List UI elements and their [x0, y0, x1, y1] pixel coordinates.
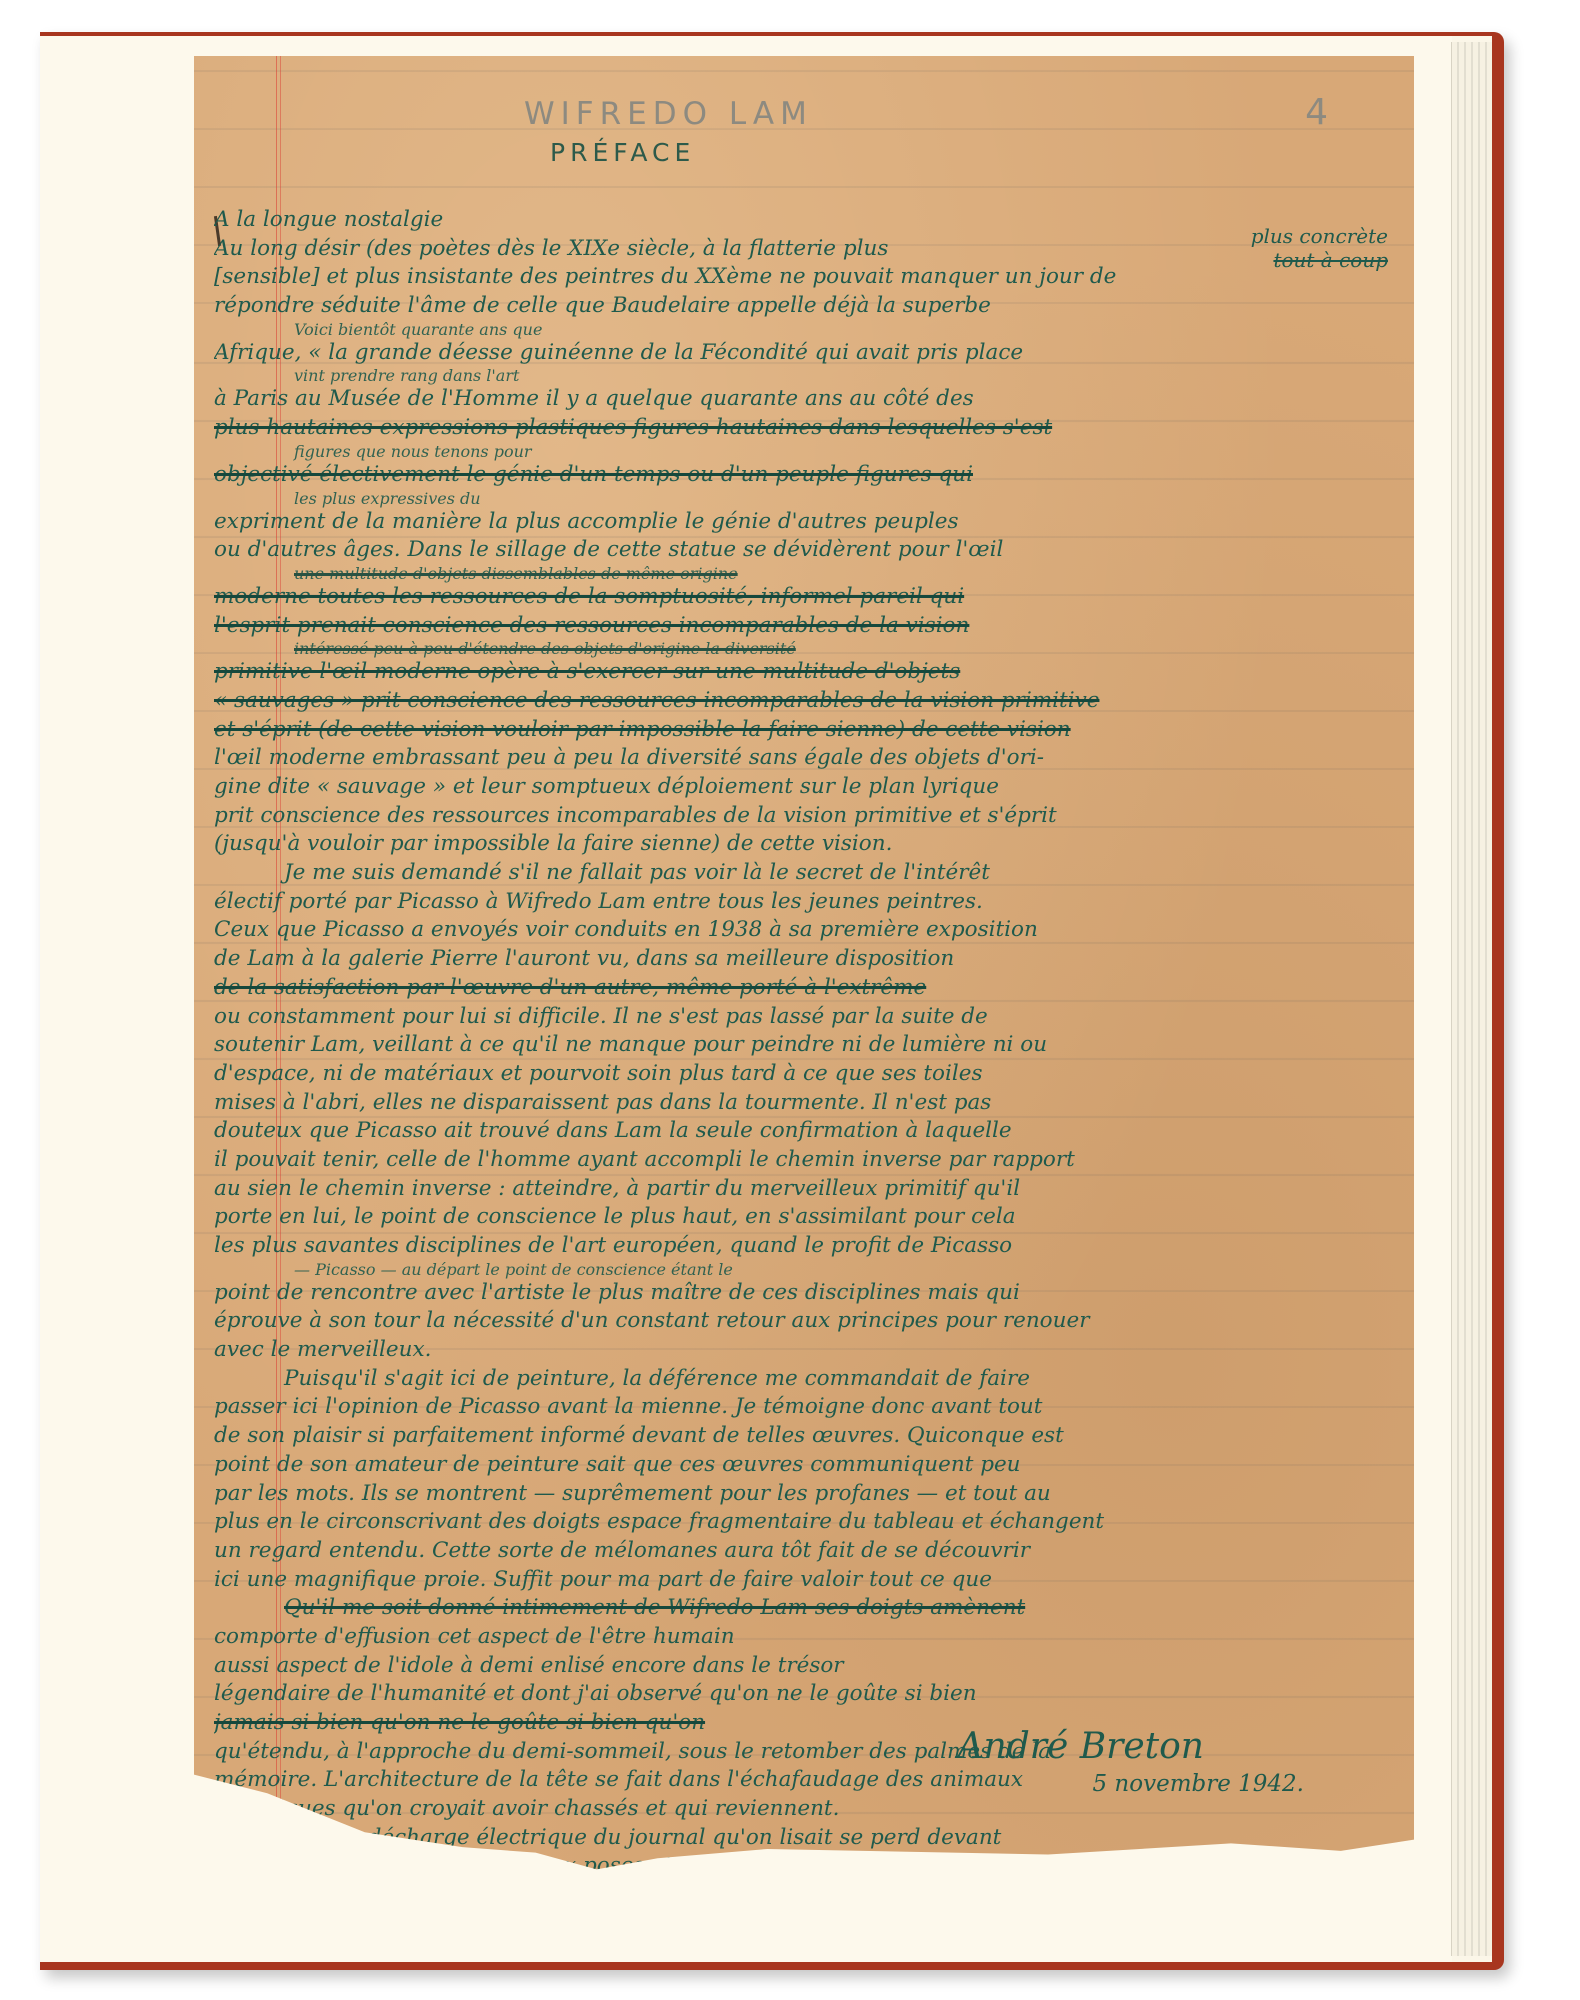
line-text: vint prendre rang dans l'art	[294, 367, 519, 385]
manuscript-line: point de son amateur de peinture sait qu…	[214, 1451, 1400, 1480]
line-text: mémoire. L'architecture de la tête se fa…	[214, 1767, 1023, 1792]
line-text: éprouve à son tour la nécessité d'un con…	[214, 1308, 1089, 1333]
manuscript-line: aussi aspect de l'idole à demi enlisé en…	[214, 1652, 1400, 1681]
manuscript-line: de Lam à la galerie Pierre l'auront vu, …	[214, 945, 1400, 974]
manuscript-title: PRÉFACE	[550, 138, 695, 167]
line-text: Puisqu'il s'agit ici de peinture, la déf…	[284, 1366, 1030, 1391]
line-text: Afrique, « la grande déesse guinéenne de…	[214, 340, 1023, 365]
manuscript-line: passer ici l'opinion de Picasso avant la…	[214, 1393, 1400, 1422]
manuscript-line: avec le merveilleux.	[214, 1336, 1400, 1365]
line-text: de son plaisir si parfaitement informé d…	[214, 1423, 1064, 1448]
line-text: légendaire de l'humanité et dont j'ai ob…	[214, 1681, 977, 1706]
line-text: comporte d'effusion cet aspect de l'être…	[214, 1624, 735, 1649]
manuscript-line: gine dite « sauvage » et leur somptueux …	[214, 773, 1400, 802]
line-text: plus hautaines expressions plastiques fi…	[214, 415, 1052, 440]
line-text: primitive l'œil moderne opère à s'exerce…	[214, 659, 960, 684]
pencil-heading: WIFREDO LAM	[524, 96, 813, 132]
struck-line: et s'éprit (de cette vision vouloir par …	[214, 716, 1400, 745]
struck-line: l'esprit prenait conscience des ressourc…	[214, 612, 1400, 641]
line-text: moderne toutes les ressources de la somp…	[214, 584, 964, 609]
manuscript-line: les plus savantes disciplines de l'art e…	[214, 1232, 1400, 1261]
line-text: les plus savantes disciplines de l'art e…	[214, 1233, 1012, 1258]
line-text: passer ici l'opinion de Picasso avant la…	[214, 1394, 1042, 1419]
line-text: de la satisfaction par l'œuvre d'un autr…	[214, 975, 926, 1000]
interlinear-insertion: les plus expressives du	[214, 490, 1400, 508]
manuscript-line: d'espace, ni de matériaux et pourvoit so…	[214, 1060, 1400, 1089]
line-text: — Picasso — au départ le point de consci…	[294, 1261, 733, 1279]
line-text: soutenir Lam, veillant à ce qu'il ne man…	[214, 1032, 1047, 1057]
line-text: par les mots. Ils se montrent — suprêmem…	[214, 1481, 1051, 1506]
manuscript-line: prit conscience des ressources incompara…	[214, 802, 1400, 831]
interlinear-insertion: vint prendre rang dans l'art	[214, 367, 1400, 385]
line-text: figures que nous tenons pour	[294, 443, 532, 461]
line-text: (jusqu'à vouloir par impossible la faire…	[214, 831, 892, 856]
manuscript-line: totémiques qu'on croyait avoir chassés e…	[214, 1795, 1400, 1824]
line-text: électif porté par Picasso à Wifredo Lam …	[214, 889, 983, 914]
line-text: « sauvages » prit conscience des ressour…	[214, 688, 1099, 713]
line-text: de Lam à la galerie Pierre l'auront vu, …	[214, 946, 954, 971]
line-text: avec le merveilleux.	[214, 1337, 431, 1362]
struck-line: Qu'il me soit donné intimement de Wifred…	[214, 1594, 1400, 1623]
signature-date: 5 novembre 1942.	[958, 1771, 1304, 1797]
manuscript-line: répondre séduite l'âme de celle que Baud…	[214, 292, 1400, 321]
line-text: Je me suis demandé s'il ne fallait pas v…	[284, 860, 990, 885]
line-text: un regard entendu. Cette sorte de méloma…	[214, 1538, 1030, 1563]
struck-line: plus hautaines expressions plastiques fi…	[214, 414, 1400, 443]
line-text: [sensible] et plus insistante des peintr…	[214, 264, 1116, 289]
line-text: Qu'il me soit donné intimement de Wifred…	[284, 1595, 1025, 1620]
line-text: prit conscience des ressources incompara…	[214, 803, 1057, 828]
line-text: intéressé peu à peu d'étendre des objets…	[294, 640, 796, 658]
signature: André Breton	[958, 1726, 1304, 1767]
line-text: plus en le circonscrivant des doigts esp…	[214, 1509, 1104, 1534]
manuscript-line: expriment de la manière la plus accompli…	[214, 508, 1400, 537]
line-text: objectivé électivement le génie d'un tem…	[214, 462, 973, 487]
manuscript-line: il pouvait tenir, celle de l'homme ayant…	[214, 1146, 1400, 1175]
page-edges	[1451, 42, 1492, 1956]
line-text: les plus expressives du	[294, 490, 481, 508]
line-text: aussi aspect de l'idole à demi enlisé en…	[214, 1653, 844, 1678]
manuscript-line: éprouve à son tour la nécessité d'un con…	[214, 1307, 1400, 1336]
manuscript-line: ou constamment pour lui si difficile. Il…	[214, 1003, 1400, 1032]
manuscript-line: légendaire de l'humanité et dont j'ai ob…	[214, 1680, 1400, 1709]
line-text: l'esprit prenait conscience des ressourc…	[214, 613, 969, 638]
line-text: A la longue nostalgie	[214, 207, 443, 232]
manuscript-line: l'œil moderne embrassant peu à peu la di…	[214, 744, 1400, 773]
manuscript-body: A la longue nostalgieAu long désir (des …	[214, 206, 1400, 1939]
interlinear-insertion: Voici bientôt quarante ans que	[214, 321, 1400, 339]
struck-line: de la satisfaction par l'œuvre d'un autr…	[214, 974, 1400, 1003]
line-text: une multitude d'objets dissemblables de …	[294, 565, 738, 583]
interlinear-insertion: figures que nous tenons pour	[214, 443, 1400, 461]
struck-line: primitive l'œil moderne opère à s'exerce…	[214, 658, 1400, 687]
manuscript-line: ou d'autres âges. Dans le sillage de cet…	[214, 536, 1400, 565]
line-text: Au long désir (des poètes dès le XIXe si…	[214, 236, 888, 261]
line-text: qu'étendu, à l'approche du demi-sommeil,…	[214, 1739, 1051, 1764]
manuscript-line: Afrique, « la grande déesse guinéenne de…	[214, 339, 1400, 368]
manuscript-line: A la longue nostalgie	[214, 206, 1400, 235]
manuscript-line: porte en lui, le point de conscience le …	[214, 1203, 1400, 1232]
line-text: ou constamment pour lui si difficile. Il…	[214, 1004, 988, 1029]
struck-line: objectivé électivement le génie d'un tem…	[214, 461, 1400, 490]
struck-line: « sauvages » prit conscience des ressour…	[214, 687, 1400, 716]
line-text: il pouvait tenir, celle de l'homme ayant…	[214, 1147, 1075, 1172]
line-text: porte en lui, le point de conscience le …	[214, 1204, 1016, 1229]
manuscript-line: par les mots. Ils se montrent — suprêmem…	[214, 1480, 1400, 1509]
line-text: mises à l'abri, elles ne disparaissent p…	[214, 1090, 991, 1115]
manuscript-line: comporte d'effusion cet aspect de l'être…	[214, 1623, 1400, 1652]
manuscript-line: électif porté par Picasso à Wifredo Lam …	[214, 888, 1400, 917]
manuscript-line: point de rencontre avec l'artiste le plu…	[214, 1279, 1400, 1308]
line-text: répondre séduite l'âme de celle que Baud…	[214, 293, 991, 318]
line-text: ou d'autres âges. Dans le sillage de cet…	[214, 537, 1003, 562]
line-text: jamais si bien qu'on ne le goûte si bien…	[214, 1710, 705, 1735]
manuscript-line: de son plaisir si parfaitement informé d…	[214, 1422, 1400, 1451]
line-text: au sien le chemin inverse : atteindre, à…	[214, 1176, 1020, 1201]
manuscript-line: un regard entendu. Cette sorte de méloma…	[214, 1537, 1400, 1566]
manuscript-line: Ceux que Picasso a envoyés voir conduits…	[214, 916, 1400, 945]
manuscript-line: Je me suis demandé s'il ne fallait pas v…	[214, 859, 1400, 888]
manuscript-line: [sensible] et plus insistante des peintr…	[214, 263, 1400, 292]
line-text: d'espace, ni de matériaux et pourvoit so…	[214, 1061, 983, 1086]
manuscript-line: douteux que Picasso ait trouvé dans Lam …	[214, 1117, 1400, 1146]
line-text: l'œil moderne embrassant peu à peu la di…	[214, 745, 1044, 770]
manuscript-line: à Paris au Musée de l'Homme il y a quelq…	[214, 385, 1400, 414]
line-text: douteux que Picasso ait trouvé dans Lam …	[214, 1118, 1012, 1143]
struck-line: moderne toutes les ressources de la somp…	[214, 583, 1400, 612]
line-text: Ceux que Picasso a envoyés voir conduits…	[214, 917, 1038, 942]
manuscript-line: ici une magnifique proie. Suffit pour ma…	[214, 1566, 1400, 1595]
page-number: 4	[1305, 92, 1328, 133]
manuscript-line: (jusqu'à vouloir par impossible la faire…	[214, 830, 1400, 859]
manuscript-line: plus en le circonscrivant des doigts esp…	[214, 1508, 1400, 1537]
manuscript-sheet: WIFREDO LAM 4 PRÉFACE plus concrète tout…	[194, 56, 1414, 1914]
manuscript-line: mises à l'abri, elles ne disparaissent p…	[214, 1089, 1400, 1118]
line-text: gine dite « sauvage » et leur somptueux …	[214, 774, 999, 799]
manuscript-line: soutenir Lam, veillant à ce qu'il ne man…	[214, 1031, 1400, 1060]
struck-line: une multitude d'objets dissemblables de …	[214, 565, 1400, 583]
line-text: et s'éprit (de cette vision vouloir par …	[214, 717, 1071, 742]
line-text: expriment de la manière la plus accompli…	[214, 509, 959, 534]
line-text: ici une magnifique proie. Suffit pour ma…	[214, 1567, 992, 1592]
struck-line: intéressé peu à peu d'étendre des objets…	[214, 640, 1400, 658]
manuscript-line: au sien le chemin inverse : atteindre, à…	[214, 1175, 1400, 1204]
manuscript-line: Au long désir (des poètes dès le XIXe si…	[214, 235, 1400, 264]
manuscript-line: Puisqu'il s'agit ici de peinture, la déf…	[214, 1365, 1400, 1394]
line-text: point de rencontre avec l'artiste le plu…	[214, 1280, 1020, 1305]
line-text: Voici bientôt quarante ans que	[294, 321, 542, 339]
line-text: point de son amateur de peinture sait qu…	[214, 1452, 1021, 1477]
line-text: à Paris au Musée de l'Homme il y a quelq…	[214, 386, 974, 411]
signature-block: André Breton 5 novembre 1942.	[958, 1726, 1304, 1797]
interlinear-insertion: — Picasso — au départ le point de consci…	[214, 1261, 1400, 1279]
